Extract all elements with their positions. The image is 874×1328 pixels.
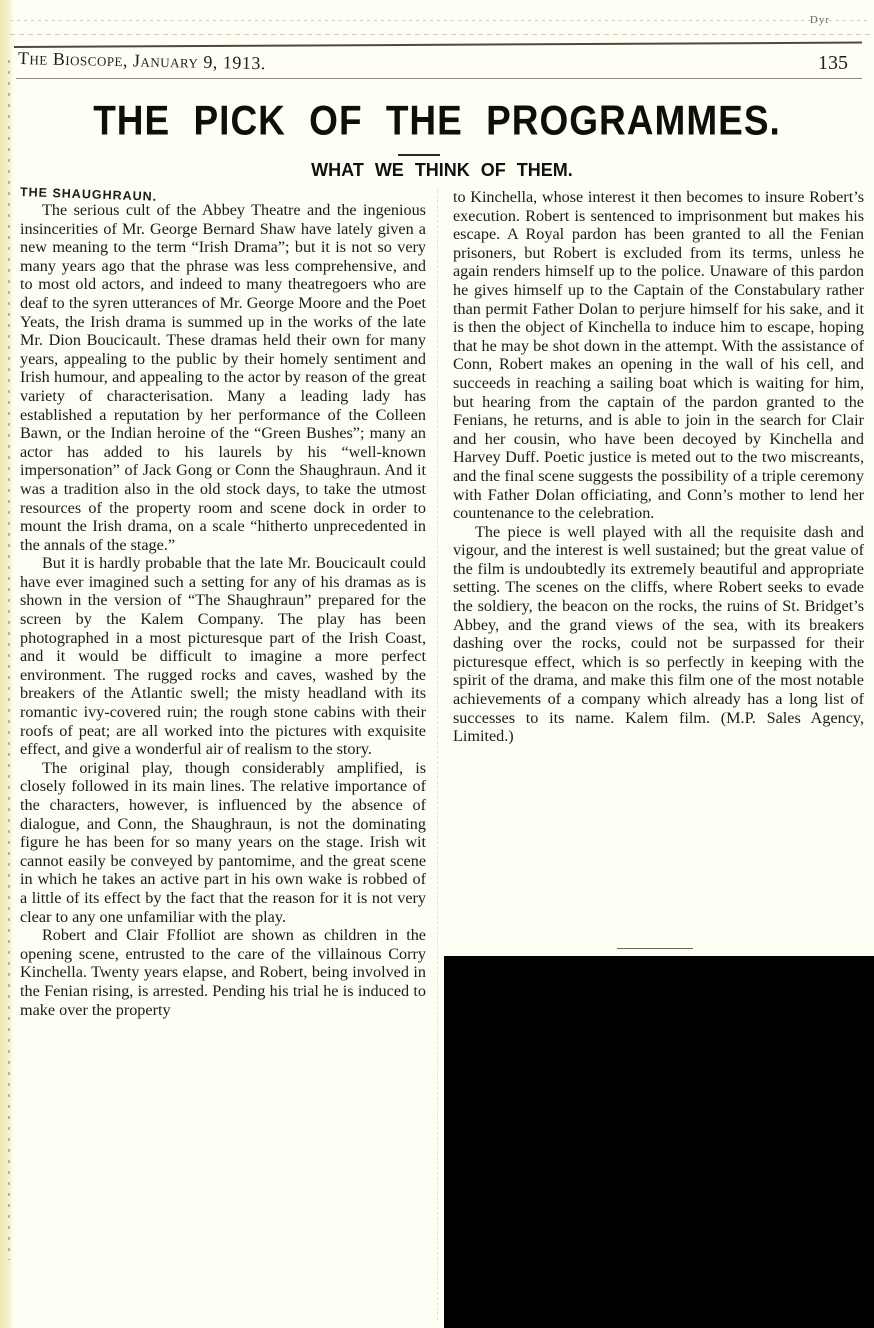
- paragraph: to Kinchella, whose interest it then bec…: [453, 188, 864, 523]
- redacted-region: [444, 956, 874, 1328]
- corner-mark: Dyr: [810, 14, 830, 26]
- article-subtitle: WHAT WE THINK OF THEM.: [0, 160, 874, 181]
- title-rule: [398, 154, 440, 156]
- paragraph: But it is hardly probable that the late …: [20, 554, 426, 759]
- binding-stitch-marks: [8, 60, 10, 1260]
- column-divider: [437, 190, 438, 1320]
- paragraph: Robert and Clair Ffolliot are shown as c…: [20, 926, 426, 1019]
- binding-edge: [0, 0, 14, 1328]
- paragraph: The original play, though considerably a…: [20, 759, 426, 926]
- paragraph: The serious cult of the Abbey Theatre an…: [20, 201, 426, 554]
- bleed-through-marks: [10, 8, 870, 42]
- page-number: 135: [818, 52, 848, 75]
- header-rule-top: [14, 42, 862, 48]
- paragraph: The piece is well played with all the re…: [453, 523, 864, 746]
- right-column: to Kinchella, whose interest it then bec…: [453, 188, 864, 746]
- header-rule-bottom: [16, 78, 862, 79]
- article-title: THE PICK OF THE PROGRAMMES.: [0, 97, 874, 144]
- left-column: THE SHAUGHRAUN. The serious cult of the …: [20, 185, 426, 1019]
- running-head: The Bioscope, January 9, 1913.: [18, 48, 266, 74]
- newspaper-page: Dyr The Bioscope, January 9, 1913. 135 T…: [0, 0, 874, 1328]
- article-end-rule: [617, 948, 693, 949]
